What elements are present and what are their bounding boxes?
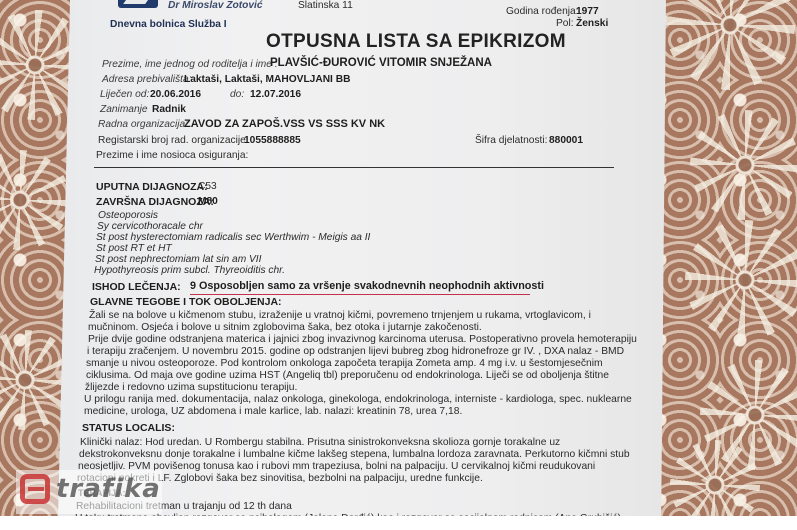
- sex-value: Ženski: [576, 18, 608, 29]
- patient-address: Laktaši, Laktaši, MAHOVLJANI BB: [184, 74, 350, 85]
- outcome-value: 9 Osposobljen samo za vršenje svakodnevn…: [190, 280, 544, 292]
- organization-value: ZAVOD ZA ZAPOŠ.VSS VS SSS KV NK: [184, 118, 385, 130]
- outcome-underline: [190, 294, 530, 295]
- complaints-line: smanje u nivou osteoporoze. Pod kontrolo…: [86, 358, 603, 369]
- department-name: Dnevna bolnica Služba I: [110, 19, 227, 30]
- divider: [94, 167, 614, 168]
- occupation-label: Zanimanje: [100, 104, 148, 115]
- complaints-line: žlijezde i redovno uzima supstitucionu t…: [85, 382, 297, 393]
- complaints-line: i terapiju zračenjem. U novembru 2015. g…: [87, 346, 624, 357]
- patient-name: PLAVŠIĆ-ĐUROVIĆ VITOMIR SNJEŽANA: [270, 57, 492, 69]
- status-line: dekstrokonveksnu donje torakalne i lumba…: [79, 449, 630, 460]
- status-line: Klinički nalaz: Hod uredan. U Rombergu s…: [80, 437, 560, 448]
- complaints-line: medicine, urologa, UZ abdomena i male ka…: [84, 406, 462, 417]
- insured-label: Prezime i ime nosioca osiguranja:: [96, 150, 248, 161]
- outcome-label: ISHOD LEČENJA:: [92, 281, 181, 293]
- treated-from-date: 20.06.2016: [150, 89, 201, 100]
- bottom-border: [0, 516, 797, 530]
- occupation-value: Radnik: [152, 104, 186, 115]
- status-localis-label: STATUS LOCALIS:: [82, 422, 175, 434]
- final-diagnosis-code: M80: [198, 196, 218, 207]
- organization-label: Radna organizacija:: [98, 119, 188, 130]
- diagnosis-item: Hypothyreosis prim subcl. Thyreoiditis c…: [94, 265, 285, 276]
- discharge-document: Dr Miroslav Zotović Slatinska 11 Dnevna …: [58, 0, 666, 520]
- sex-label: Pol:: [556, 18, 574, 29]
- watermark-text: trafika: [56, 474, 161, 504]
- etrafika-logo-icon: [20, 474, 50, 504]
- birth-year: 1977: [576, 6, 599, 17]
- activity-code-label: Šifra djelatnosti:: [475, 135, 547, 146]
- complaints-label: GLAVNE TEGOBE I TOK OBOLJENJA:: [90, 296, 282, 308]
- referral-diagnosis-label: UPUTNA DIJAGNOZA:: [96, 181, 208, 193]
- complaints-line: Žali se na bolove u kičmenom stubu, izra…: [89, 310, 591, 321]
- doctor-name: Dr Miroslav Zotović: [168, 0, 263, 11]
- address-label: Adresa prebivališta:: [102, 74, 191, 85]
- complaints-line: ciklusima. Od maja ove godine uzima HST …: [86, 370, 609, 381]
- treated-to-label: do:: [230, 89, 244, 100]
- name-label: Prezime, ime jednog od roditelja i ime :: [102, 59, 278, 70]
- lace-flower-decoration: [690, 110, 797, 220]
- diagnosis-item: Sy cervicothoracale chr: [97, 221, 203, 232]
- treated-from-label: Liječen od:: [100, 89, 149, 100]
- birth-year-label: Godina rođenja:: [506, 6, 579, 17]
- complaints-line: U prilogu ranija med. dokumentacija, nal…: [84, 394, 632, 405]
- diagnosis-item: St post hysterectomiam radicalis sec Wer…: [96, 232, 370, 243]
- diagnosis-item: Osteoporosis: [98, 210, 158, 221]
- hospital-address: Slatinska 11: [298, 0, 353, 11]
- reg-no-value: 1055888885: [244, 135, 301, 146]
- lace-flower-decoration: [685, 220, 797, 340]
- hospital-logo-icon: [118, 0, 158, 8]
- complaints-line: Prije dvije godine odstranjena materica …: [88, 334, 637, 345]
- diagnosis-item: St post nephrectomiam lat sin am VII: [95, 254, 261, 265]
- complaints-line: mučninom. Osjeća i bolove u sitnim zglob…: [88, 322, 482, 333]
- activity-code-value: 880001: [549, 135, 583, 146]
- etrafika-watermark: trafika: [16, 470, 162, 514]
- treated-to-date: 12.07.2016: [250, 89, 301, 100]
- referral-diagnosis-code: C53: [198, 181, 217, 192]
- diagnosis-item: St post RT et HT: [96, 243, 172, 254]
- reg-no-label: Registarski broj rad. organizacije:: [98, 135, 249, 146]
- final-diagnosis-label: ZAVRŠNA DIJAGNOZA:: [96, 196, 214, 208]
- document-title: OTPUSNA LISTA SA EPIKRIZOM: [266, 31, 566, 53]
